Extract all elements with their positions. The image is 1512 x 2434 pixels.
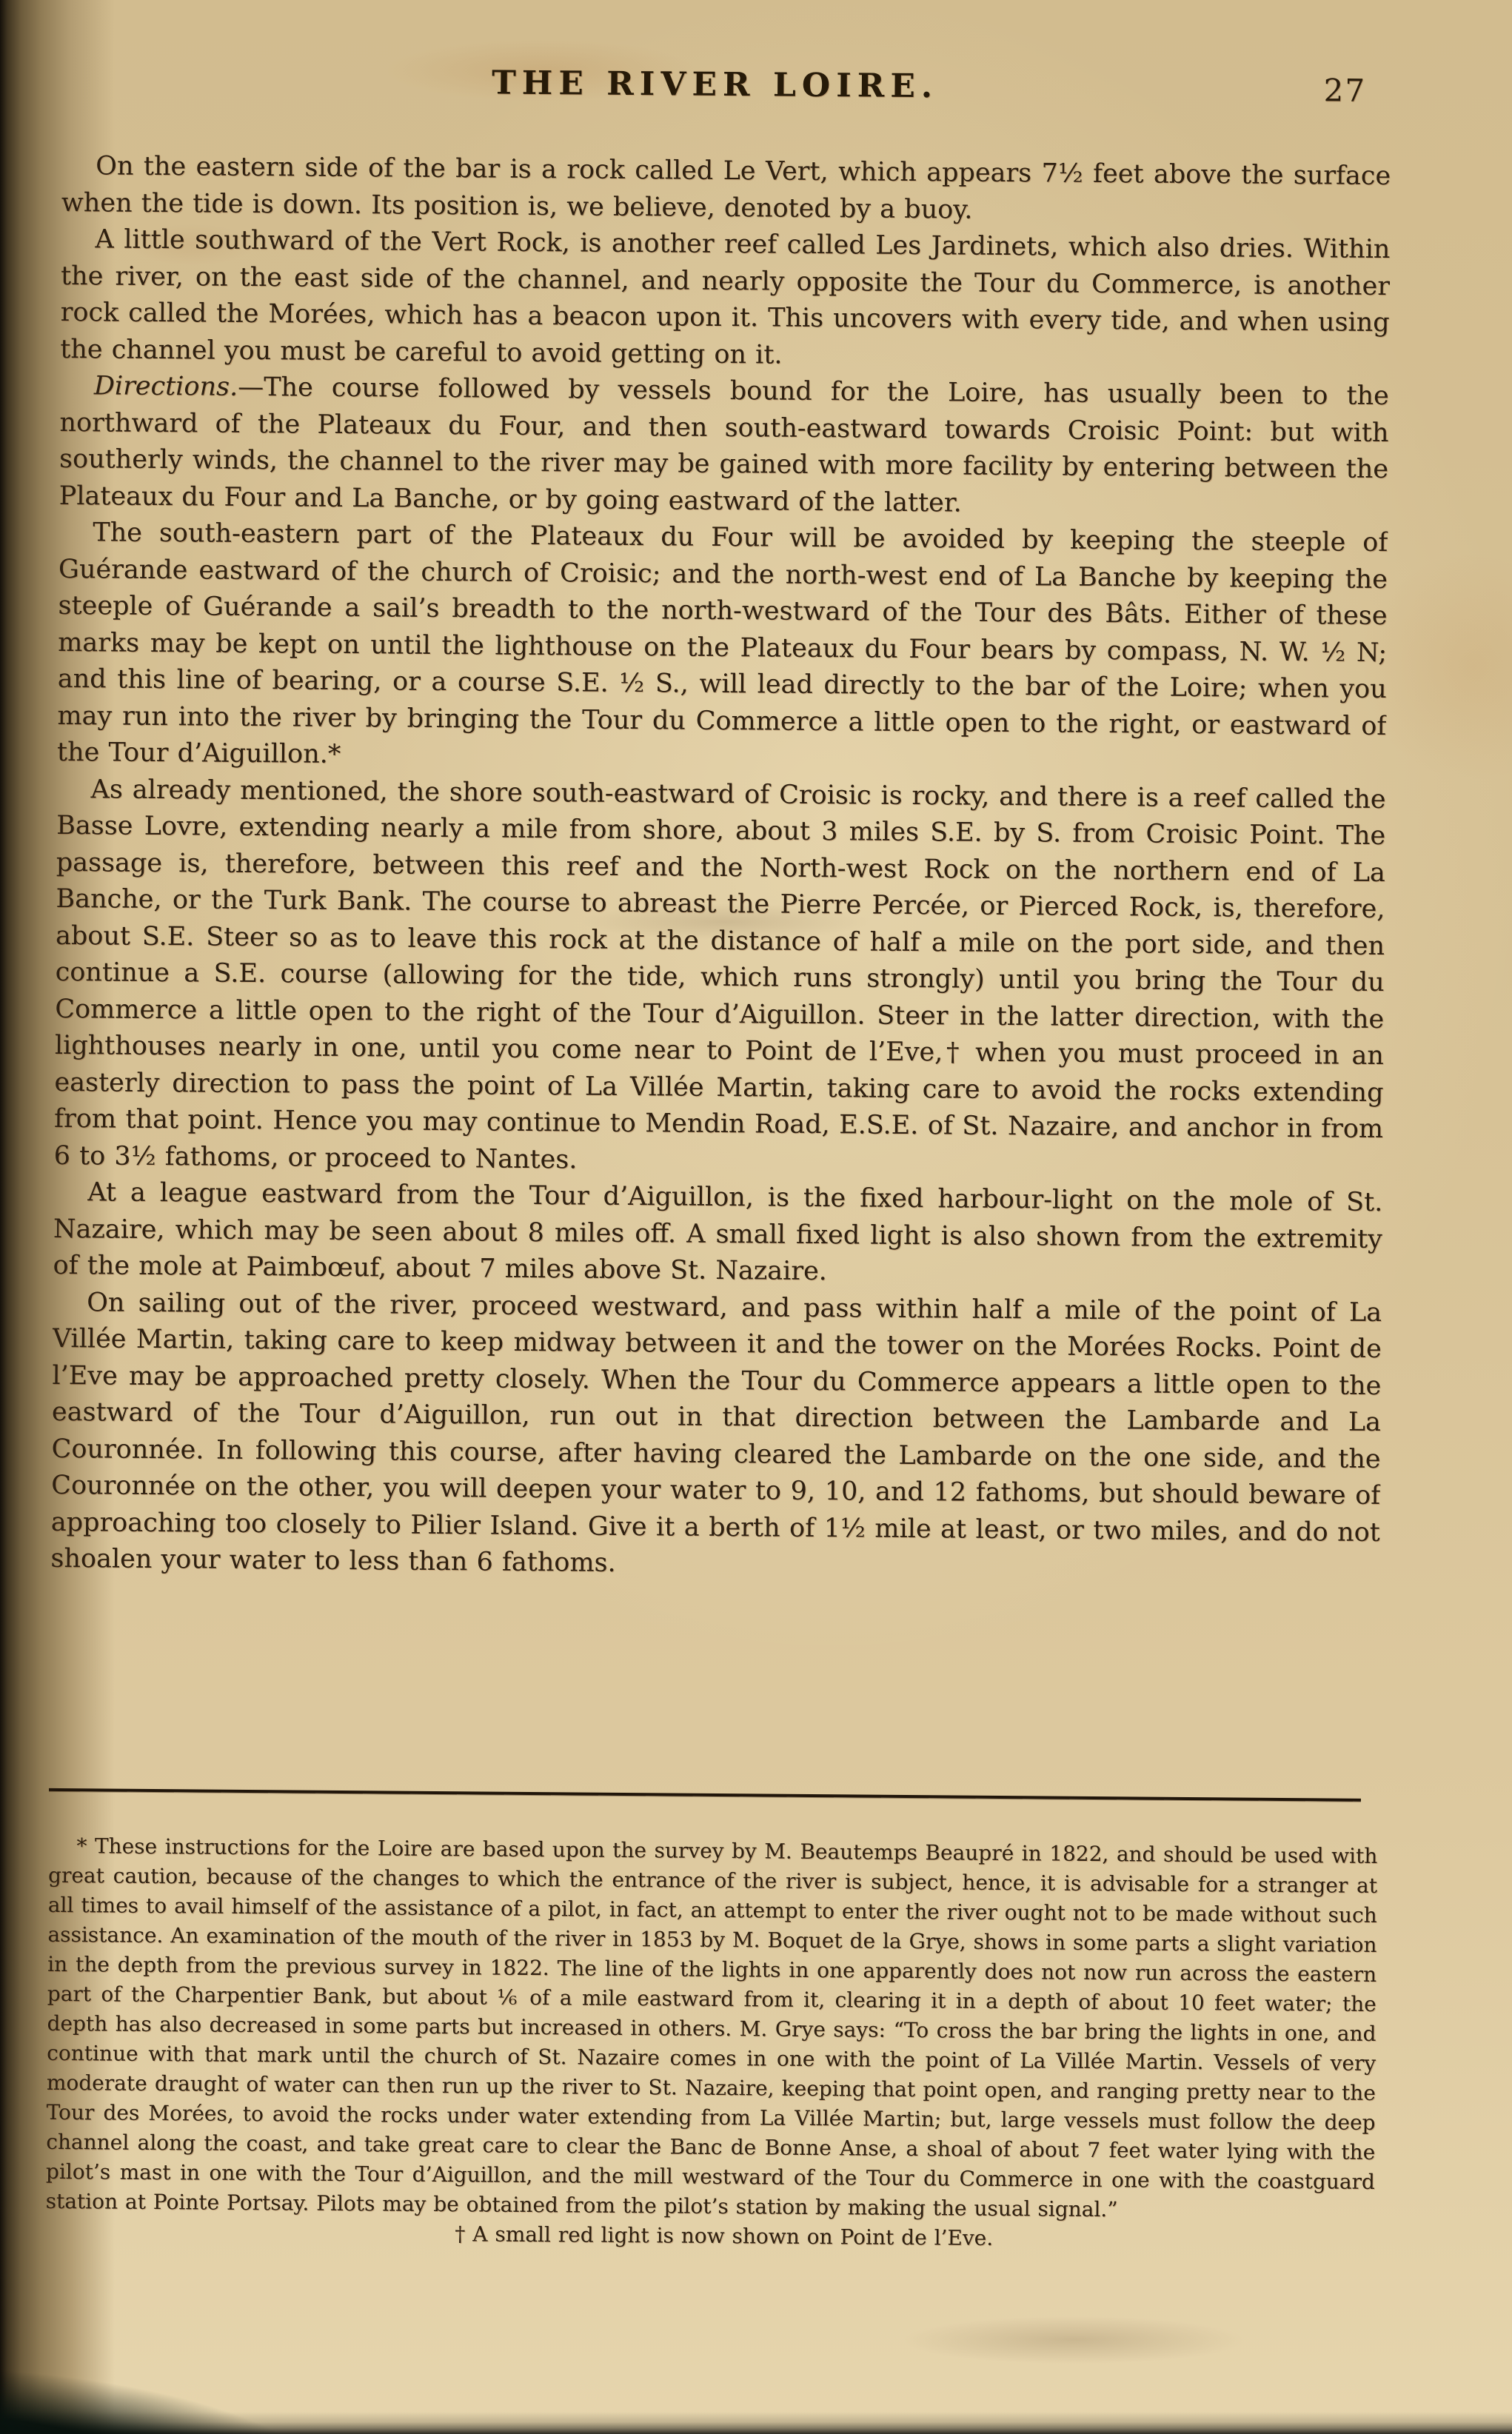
page-number: 27: [1323, 72, 1366, 108]
page-content: THE RIVER LOIRE. 27 On the eastern side …: [45, 0, 1392, 2256]
paragraph-6-text: At a league eastward from the Tour d’Aig…: [53, 1177, 1382, 1286]
paragraph-5-text: As already mentioned, the shore south-ea…: [54, 775, 1386, 1174]
book-page: THE RIVER LOIRE. 27 On the eastern side …: [0, 0, 1512, 2434]
paragraph-1-text: On the eastern side of the bar is a rock…: [61, 151, 1391, 224]
asterisk-footnote: * These instructions for the Loire are b…: [45, 1831, 1377, 2227]
paragraph-3-directions: Directions.—The course followed by vesse…: [59, 368, 1389, 525]
paragraph-4-text: The south-eastern part of the Plateaux d…: [57, 518, 1388, 769]
paragraph-7: On sailing out of the river, proceed wes…: [50, 1284, 1382, 1588]
paragraph-2-text: A little southward of the Vert Rock, is …: [60, 224, 1390, 370]
running-title: THE RIVER LOIRE.: [50, 61, 1379, 109]
paragraph-5: As already mentioned, the shore south-ea…: [54, 771, 1386, 1185]
paragraph-1: On the eastern side of the bar is a rock…: [61, 148, 1391, 232]
footnote-block: * These instructions for the Loire are b…: [45, 1831, 1377, 2256]
page-header: THE RIVER LOIRE. 27: [62, 61, 1391, 117]
paragraph-3-text: —The course followed by vessels bound fo…: [59, 372, 1389, 518]
paragraph-6: At a league eastward from the Tour d’Aig…: [53, 1174, 1382, 1295]
paragraph-4: The south-eastern part of the Plateaux d…: [57, 515, 1388, 782]
paragraph-2: A little southward of the Vert Rock, is …: [60, 221, 1390, 378]
footnote-separator-rule: [49, 1788, 1361, 1802]
paragraph-3-lead: Directions.: [94, 371, 238, 402]
body-text: On the eastern side of the bar is a rock…: [49, 148, 1391, 1762]
paragraph-7-text: On sailing out of the river, proceed wes…: [50, 1288, 1382, 1578]
